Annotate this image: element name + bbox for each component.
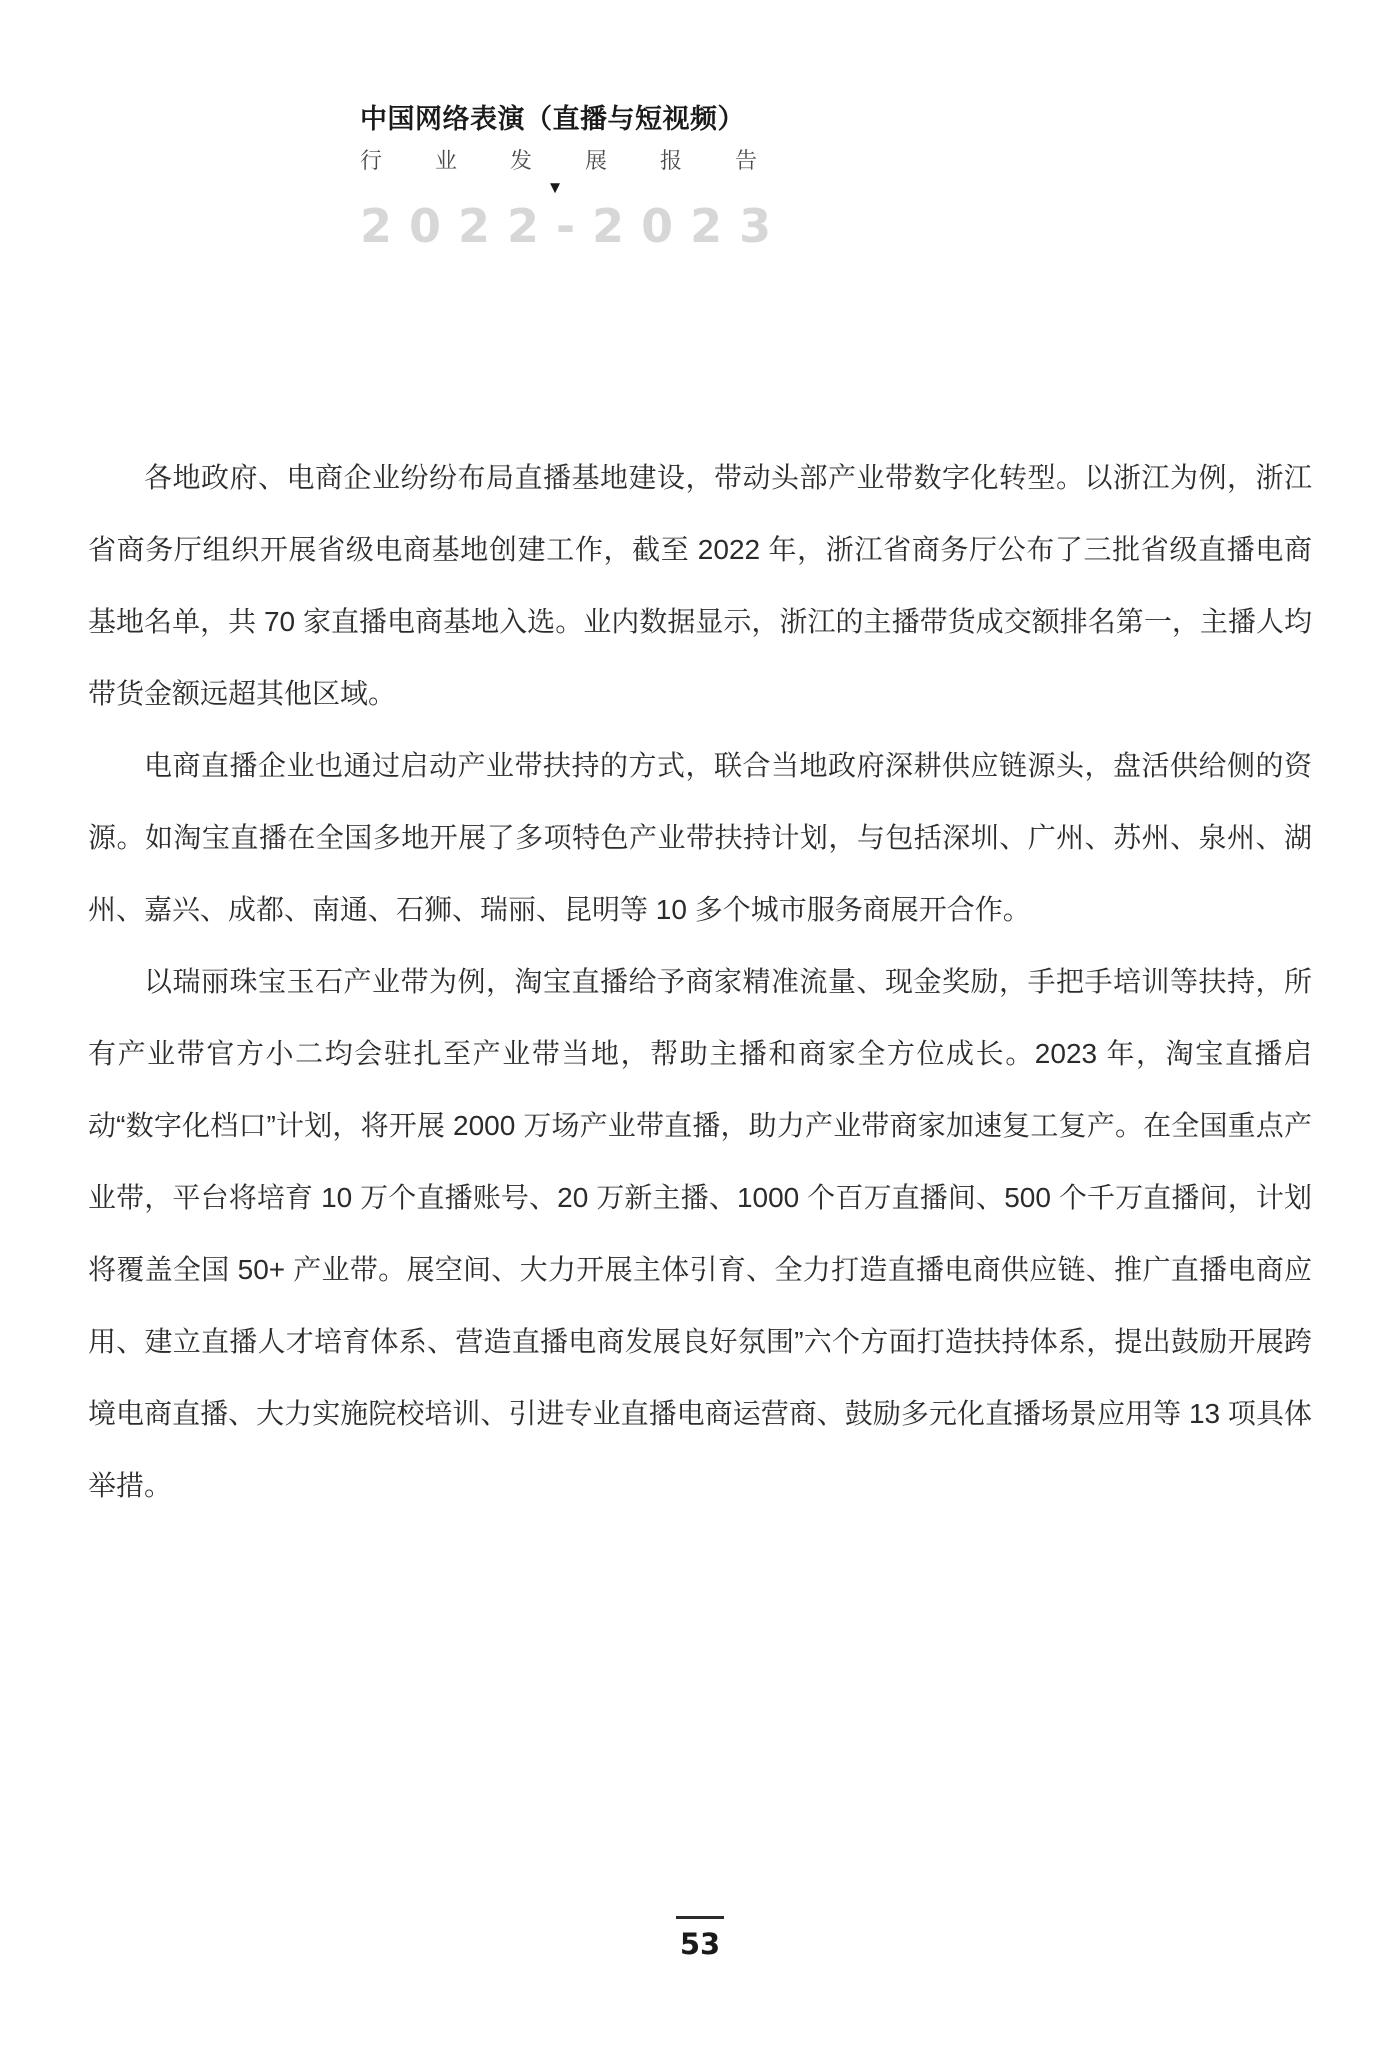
- triangle-down-icon: ▼: [360, 178, 750, 198]
- paragraph-2: 电商直播企业也通过启动产业带扶持的方式，联合当地政府深耕供应链源头，盘活供给侧的…: [88, 730, 1312, 946]
- page-header: 中国网络表演（直播与短视频） 行业发展报告 ▼ 2022-2023: [360, 100, 750, 252]
- page-number: 53: [0, 1927, 1400, 1961]
- footer-divider: [676, 1916, 724, 1919]
- paragraph-1: 各地政府、电商企业纷纷布局直播基地建设，带动头部产业带数字化转型。以浙江为例，浙…: [88, 442, 1312, 730]
- paragraph-3: 以瑞丽珠宝玉石产业带为例，淘宝直播给予商家精准流量、现金奖励，手把手培训等扶持，…: [88, 946, 1312, 1522]
- report-title: 中国网络表演（直播与短视频）: [360, 100, 750, 138]
- report-subtitle: 行业发展报告: [360, 146, 750, 176]
- page-footer: 53: [0, 1916, 1400, 1961]
- report-page: 中国网络表演（直播与短视频） 行业发展报告 ▼ 2022-2023 各地政府、电…: [0, 0, 1400, 2050]
- year-range: 2022-2023: [360, 200, 750, 252]
- body-text: 各地政府、电商企业纷纷布局直播基地建设，带动头部产业带数字化转型。以浙江为例，浙…: [88, 442, 1312, 1522]
